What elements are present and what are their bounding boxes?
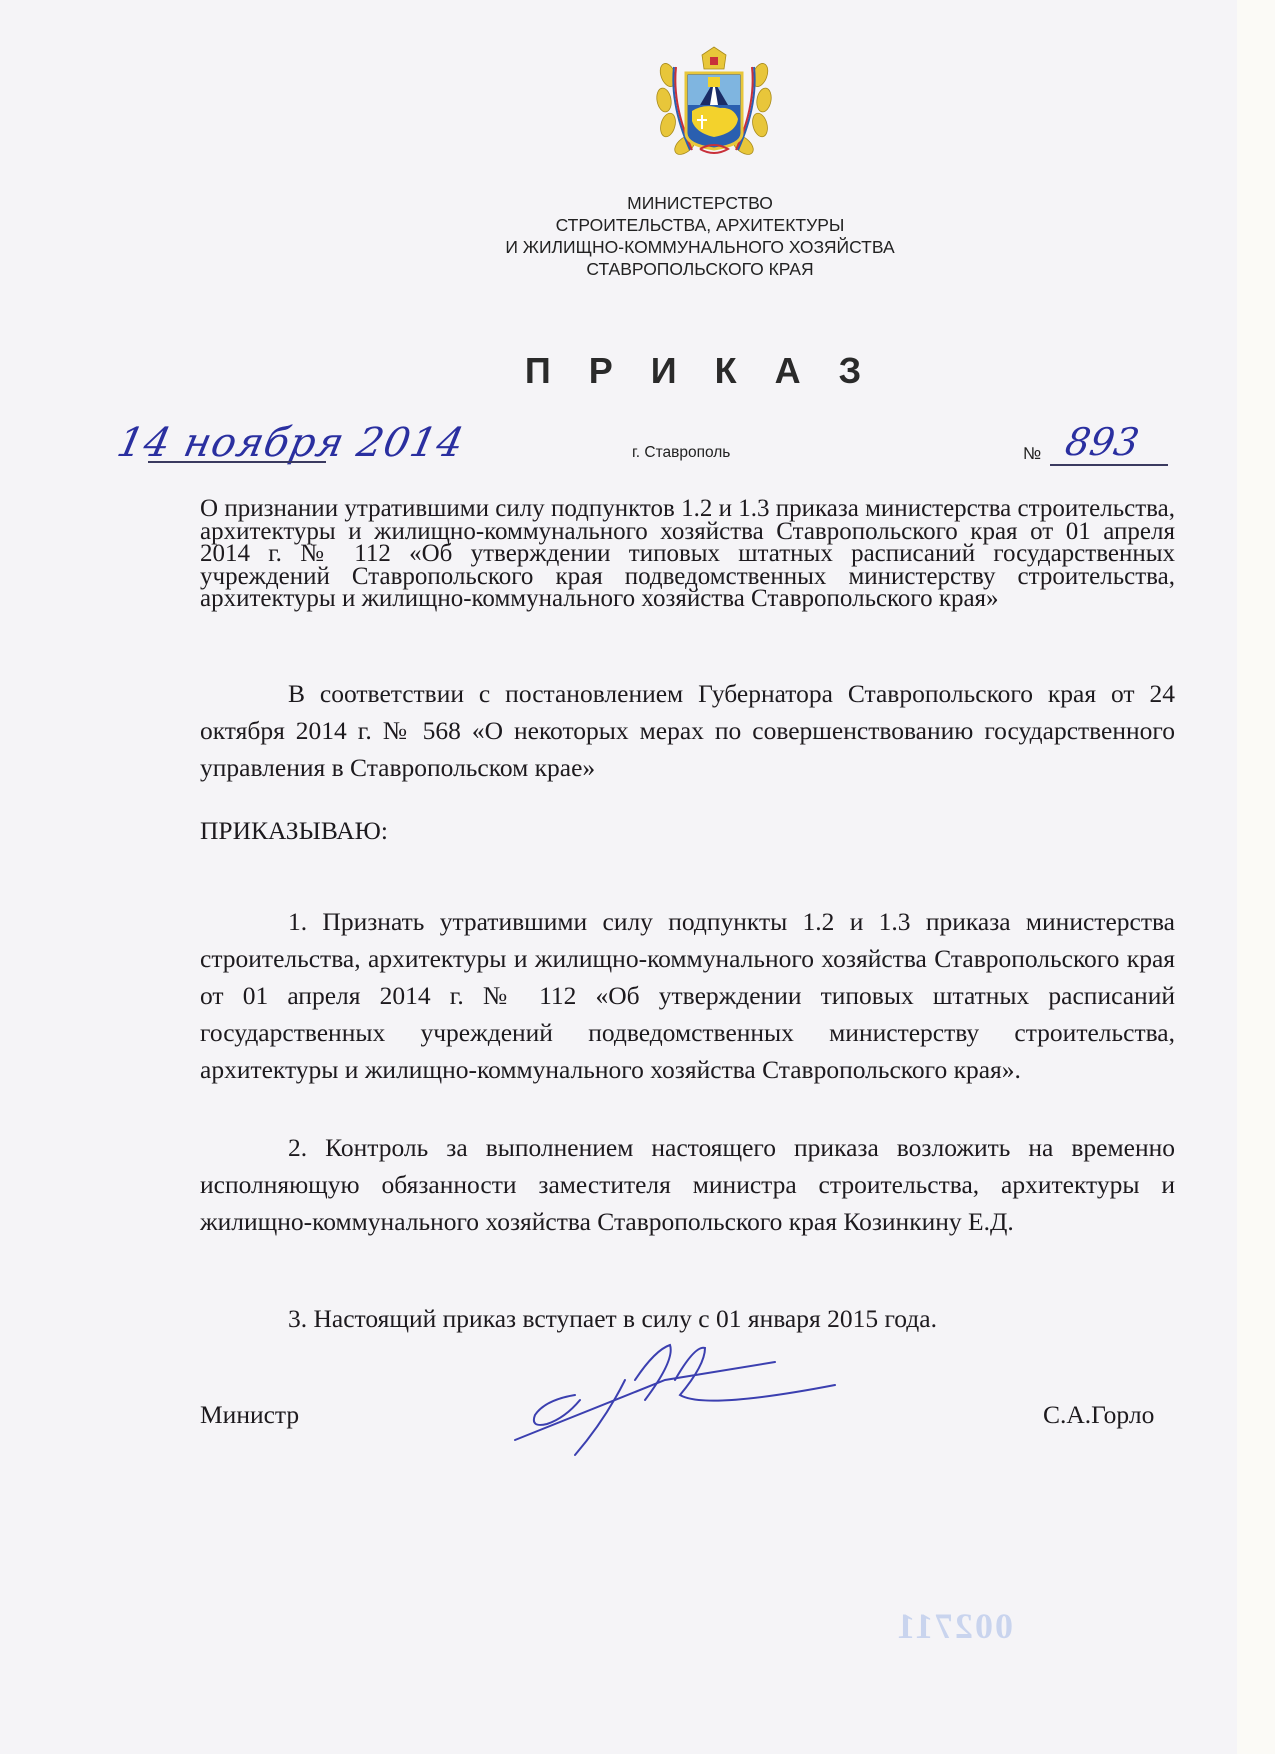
number-underline xyxy=(1050,464,1168,466)
issuer-header: МИНИСТЕРСТВО СТРОИТЕЛЬСТВА, АРХИТЕКТУРЫ … xyxy=(400,192,1000,280)
issuer-line: И ЖИЛИЩНО-КОММУНАЛЬНОГО ХОЗЯЙСТВА xyxy=(400,236,1000,258)
city-label: г. Ставрополь xyxy=(632,444,730,462)
signatory-role: Министр xyxy=(200,1400,299,1430)
document-heading: П Р И К А З xyxy=(500,350,900,392)
order-directive: ПРИКАЗЫВАЮ: xyxy=(200,816,388,846)
order-item-2: 2. Контроль за выполнением настоящего пр… xyxy=(200,1129,1175,1240)
coat-of-arms-icon xyxy=(650,45,778,163)
order-item-3: 3. Настоящий приказ вступает в силу с 01… xyxy=(200,1300,1175,1337)
order-basis: В соответствии с постановлением Губернат… xyxy=(200,675,1175,786)
order-item-1: 1. Признать утратившими силу подпункты 1… xyxy=(200,903,1175,1088)
issuer-line: СТРОИТЕЛЬСТВА, АРХИТЕКТУРЫ xyxy=(400,214,1000,236)
issuer-line: МИНИСТЕРСТВО xyxy=(400,192,1000,214)
handwritten-number: 893 xyxy=(1062,420,1142,464)
signatory-name: С.А.Горло xyxy=(1043,1400,1154,1430)
number-label: № xyxy=(1023,444,1041,464)
order-title: О признании утратившими силу подпунктов … xyxy=(200,498,1175,611)
signature-icon xyxy=(505,1340,885,1460)
serial-stamp: 002711 xyxy=(895,1605,1013,1647)
handwritten-date: 14 ноября 2014 xyxy=(113,420,468,466)
date-underline xyxy=(148,461,326,463)
issuer-line: СТАВРОПОЛЬСКОГО КРАЯ xyxy=(400,258,1000,280)
